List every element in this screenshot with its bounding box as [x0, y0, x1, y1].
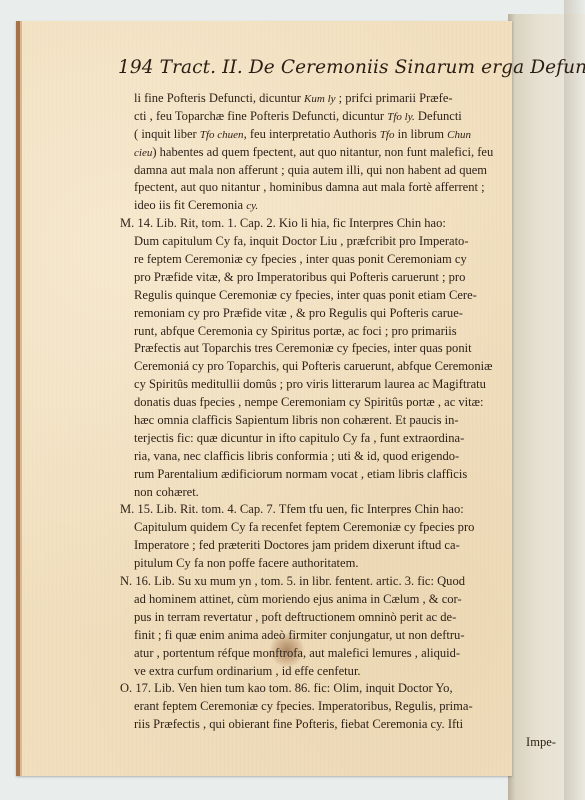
paragraph: O. 17. Lib. Ven hien tum kao tom. 86. fi… — [120, 680, 556, 734]
text-line: erant feptem Ceremoniæ cy fpecies. Imper… — [134, 698, 556, 716]
numbered-paragraphs: M. 14. Lib. Rit, tom. 1. Cap. 2. Kio li … — [120, 215, 556, 734]
text-line: damna aut mala non afferunt ; quia autem… — [134, 162, 556, 180]
paragraph: N. 16. Lib. Su xu mum yn , tom. 5. in li… — [120, 573, 556, 680]
text-line: Capitulum quidem Cy fa recenfet feptem C… — [134, 519, 556, 537]
running-head-title: Tract. II. De Ceremoniis Sinarum erga De… — [160, 57, 585, 78]
text-line: rum Parentalium ædificiorum normam vocat… — [134, 466, 556, 484]
continuation-paragraph: li fine Pofteris Defuncti, dicuntur Kum … — [120, 90, 556, 215]
text-line: Imperatore ; fed præteriti Doctores jam … — [134, 537, 556, 555]
text-line: re feptem Ceremoniæ cy fpecies , inter q… — [134, 251, 556, 269]
text-line: li fine Pofteris Defuncti, dicuntur Kum … — [134, 90, 556, 108]
text-line: remoniam cy pro Præfide vitæ , & pro Reg… — [134, 305, 556, 323]
page-body: li fine Pofteris Defuncti, dicuntur Kum … — [120, 90, 556, 752]
text-line: finit ; fi quæ enim anima adeò firmiter … — [134, 627, 556, 645]
text-line: Regulis quinque Ceremoniæ cy fpecies, in… — [134, 287, 556, 305]
text-line: donatis duas fpecies , nempe Ceremoniam … — [134, 394, 556, 412]
text-line: terjectis fic: quæ dicuntur in ifto capi… — [134, 430, 556, 448]
text-line: pro Præfide vitæ, & pro Imperatoribus qu… — [134, 269, 556, 287]
text-line: O. 17. Lib. Ven hien tum kao tom. 86. fi… — [120, 680, 556, 698]
page-number: 194 — [118, 57, 154, 78]
text-line: Dum capitulum Cy fa, inquit Doctor Liu ,… — [134, 233, 556, 251]
text-line: ria, vana, nec claffìcis libris conformi… — [134, 448, 556, 466]
paragraph: M. 15. Lib. Rit. tom. 4. Cap. 7. Tfem tf… — [120, 501, 556, 573]
text-line: hæc omnia claffìcis Sapientum libris non… — [134, 412, 556, 430]
text-line: M. 14. Lib. Rit, tom. 1. Cap. 2. Kio li … — [120, 215, 556, 233]
text-line: Præfectis aut Toparchis tres Ceremoniæ c… — [134, 340, 556, 358]
catchword: Impe- — [120, 734, 556, 752]
text-line: M. 15. Lib. Rit. tom. 4. Cap. 7. Tfem tf… — [120, 501, 556, 519]
text-line: ve extra curfum ordinarium , id effe cen… — [134, 663, 556, 681]
text-line: N. 16. Lib. Su xu mum yn , tom. 5. in li… — [120, 573, 556, 591]
text-line: cti , feu Toparchæ fine Pofteris Defunct… — [134, 108, 556, 126]
text-line: ( inquit liber Tfo chuen, feu interpreta… — [134, 126, 556, 144]
running-head: 194Tract. II. De Ceremoniis Sinarum erga… — [118, 57, 558, 78]
text-line: fpectent, aut quo nitantur , hominibus d… — [134, 179, 556, 197]
text-line: ideo iis fit Ceremonia cy. — [134, 197, 556, 215]
text-line: non cohæret. — [134, 484, 556, 502]
text-line: pitulum Cy fa non poffe facere authorita… — [134, 555, 556, 573]
text-line: runt, abfque Ceremonia cy Spiritus portæ… — [134, 323, 556, 341]
text-line: Ceremoniá cy pro Toparchis, qui Pofteris… — [134, 358, 556, 376]
page-gutter-shadow — [564, 0, 585, 800]
text-line: riis Præfectis , qui obierant fine Pofte… — [134, 716, 556, 734]
text-line: pus in terram revertatur , poft deftruct… — [134, 609, 556, 627]
paragraph: M. 14. Lib. Rit, tom. 1. Cap. 2. Kio li … — [120, 215, 556, 501]
text-line: cieu) habentes ad quem fpectent, aut quo… — [134, 144, 556, 162]
text-line: atur , portentum réfque monftrofa, aut m… — [134, 645, 556, 663]
catchword-text: Impe- — [526, 734, 556, 752]
text-line: ad hominem attinet, cùm moriendo ejus an… — [134, 591, 556, 609]
text-line: cy Spiritûs meditullii domûs ; pro viris… — [134, 376, 556, 394]
